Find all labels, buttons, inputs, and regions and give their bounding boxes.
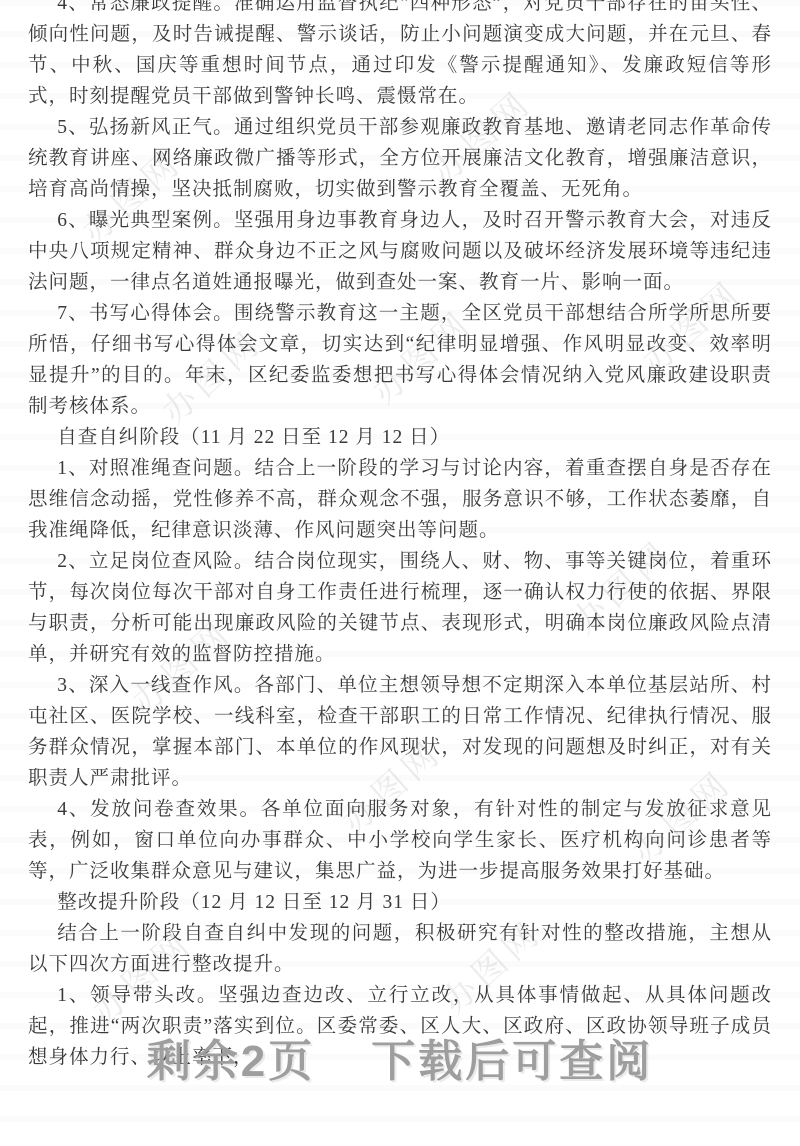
document-preview-page: 办图网办图网办图网办图网办图网办图网办图网办图网办图网办图网办图网 4、常态廉政… [0,0,800,1146]
stage-heading-paragraph: 自查自纠阶段（11 月 22 日至 12 月 12 日） [28,422,772,453]
body-paragraph: 2、立足岗位查风险。结合岗位现实，围绕人、财、物、事等关键岗位，着重环节，每次岗… [28,546,772,670]
body-paragraph: 7、书写心得体会。围绕警示教育这一主题，全区党员干部想结合所学所思所要所悟，仔细… [28,298,772,422]
download-to-view-label: 下载后可查阅 [371,1036,653,1088]
document-text-body: 4、常态廉政提醒。准确运用监督执纪“四种形态”，对党员干部存在的苗头性、倾向性问… [28,0,772,1073]
body-paragraph: 6、曝光典型案例。坚强用身边事教育身边人，及时召开警示教育大会，对违反中央八项规… [28,205,772,298]
body-paragraph: 4、发放问卷查效果。各单位面向服务对象，有针对性的制定与发放征求意见表，例如，窗… [28,794,772,887]
preview-limit-notice: 剩余2页 下载后可查阅 [0,1036,800,1088]
stage-heading-paragraph: 整改提升阶段（12 月 12 日至 12 月 31 日） [28,887,772,918]
pages-remaining-label: 剩余2页 [147,1036,315,1088]
body-paragraph: 5、弘扬新风正气。通过组织党员干部参观廉政教育基地、邀请老同志作革命传统教育讲座… [28,112,772,205]
body-paragraph: 4、常态廉政提醒。准确运用监督执纪“四种形态”，对党员干部存在的苗头性、倾向性问… [28,0,772,112]
body-paragraph: 3、深入一线查作风。各部门、单位主想领导想不定期深入本单位基层站所、村屯社区、医… [28,670,772,794]
body-paragraph: 1、对照准绳查问题。结合上一阶段的学习与讨论内容，着重查摆自身是否存在思维信念动… [28,453,772,546]
body-paragraph: 结合上一阶段自查自纠中发现的问题，积极研究有针对性的整改措施，主想从以下四次方面… [28,918,772,980]
